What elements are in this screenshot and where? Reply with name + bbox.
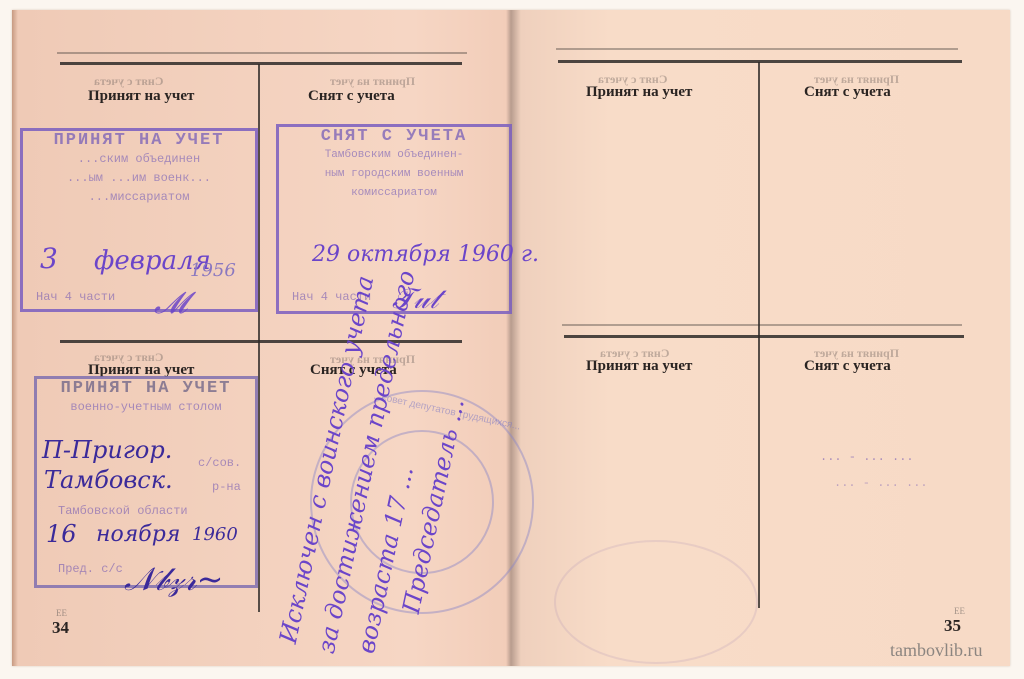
ink-bleed: ... - ... ... <box>820 450 914 464</box>
stamp-year: 1956 <box>190 260 236 281</box>
stamp-line: военно-учетным столом <box>37 398 255 417</box>
handwritten-day: 16 <box>46 520 77 548</box>
booklet-spread: Снят с учета Принят на учет ПРИНЯТ НА УЧ… <box>12 10 1010 666</box>
faint-seal-bleed <box>554 540 758 664</box>
divider <box>556 48 958 50</box>
signature-label: Нач 4 части <box>36 290 115 304</box>
ghost-header: Снят с учета <box>94 74 163 89</box>
stamp-title: ПРИНЯТ НА УЧЕТ <box>37 379 255 398</box>
handwritten-month: ноября <box>96 522 180 547</box>
stamp-line: р-на <box>212 480 241 494</box>
page-number: 34 <box>52 618 69 638</box>
left-page: Снят с учета Принят на учет ПРИНЯТ НА УЧ… <box>12 10 512 666</box>
page-number: 35 <box>944 616 961 636</box>
stamp-line: с/сов. <box>198 456 241 470</box>
handwritten-place: П-Пригор. <box>42 436 172 464</box>
stamp-line: Тамбовской области <box>58 504 188 518</box>
divider <box>558 60 962 63</box>
stamp-line: ...миссариатом <box>23 188 255 207</box>
stamp-line: ...ым ...им военк... <box>23 169 255 188</box>
signature: 𝓜 <box>154 286 188 321</box>
year: 1960 <box>192 524 238 545</box>
handwritten-date: 29 октября 1960 г. <box>312 242 539 267</box>
divider <box>57 52 467 54</box>
cell-header-removed: Снят с учета <box>804 84 891 101</box>
stamp-title: ПРИНЯТ НА УЧЕТ <box>23 131 255 150</box>
column-divider <box>258 64 260 612</box>
watermark: tambovlib.ru <box>890 640 983 661</box>
divider <box>562 324 962 326</box>
handwritten-day: 3 <box>40 242 58 275</box>
accepted-stamp: ПРИНЯТ НА УЧЕТ ...ским объединен ...ым .… <box>20 128 258 312</box>
page-mark: ЕЕ <box>954 606 965 616</box>
cell-header-accepted: Принят на учет <box>586 358 692 375</box>
ink-bleed: ... - ... ... <box>834 476 928 490</box>
page-mark: ЕЕ <box>56 608 67 618</box>
stamp-line: комиссариатом <box>279 184 509 203</box>
cell-header-accepted: Принят на учет <box>586 84 692 101</box>
right-page: Снят с учета Принят на учет Принят на уч… <box>514 10 1010 666</box>
cell-header-removed: Снят с учета <box>804 358 891 375</box>
cell-header-removed: Снят с учета <box>308 88 395 105</box>
stamp-title: СНЯТ С УЧЕТА <box>279 127 509 146</box>
stamp-line: ...ским объединен <box>23 150 255 169</box>
stamp-line: ным городским военным <box>279 165 509 184</box>
cell-header-accepted: Принят на учет <box>88 88 194 105</box>
signature: 𝒩𝒷𝓏𝓇~ <box>124 560 223 599</box>
ghost-header: Принят на учет <box>330 74 415 89</box>
divider <box>564 335 964 338</box>
divider <box>60 62 462 65</box>
stamp-line: Тамбовским объединен- <box>279 146 509 165</box>
signature-label: Пред. с/с <box>58 562 123 576</box>
handwritten-place: Тамбовск. <box>44 466 173 494</box>
